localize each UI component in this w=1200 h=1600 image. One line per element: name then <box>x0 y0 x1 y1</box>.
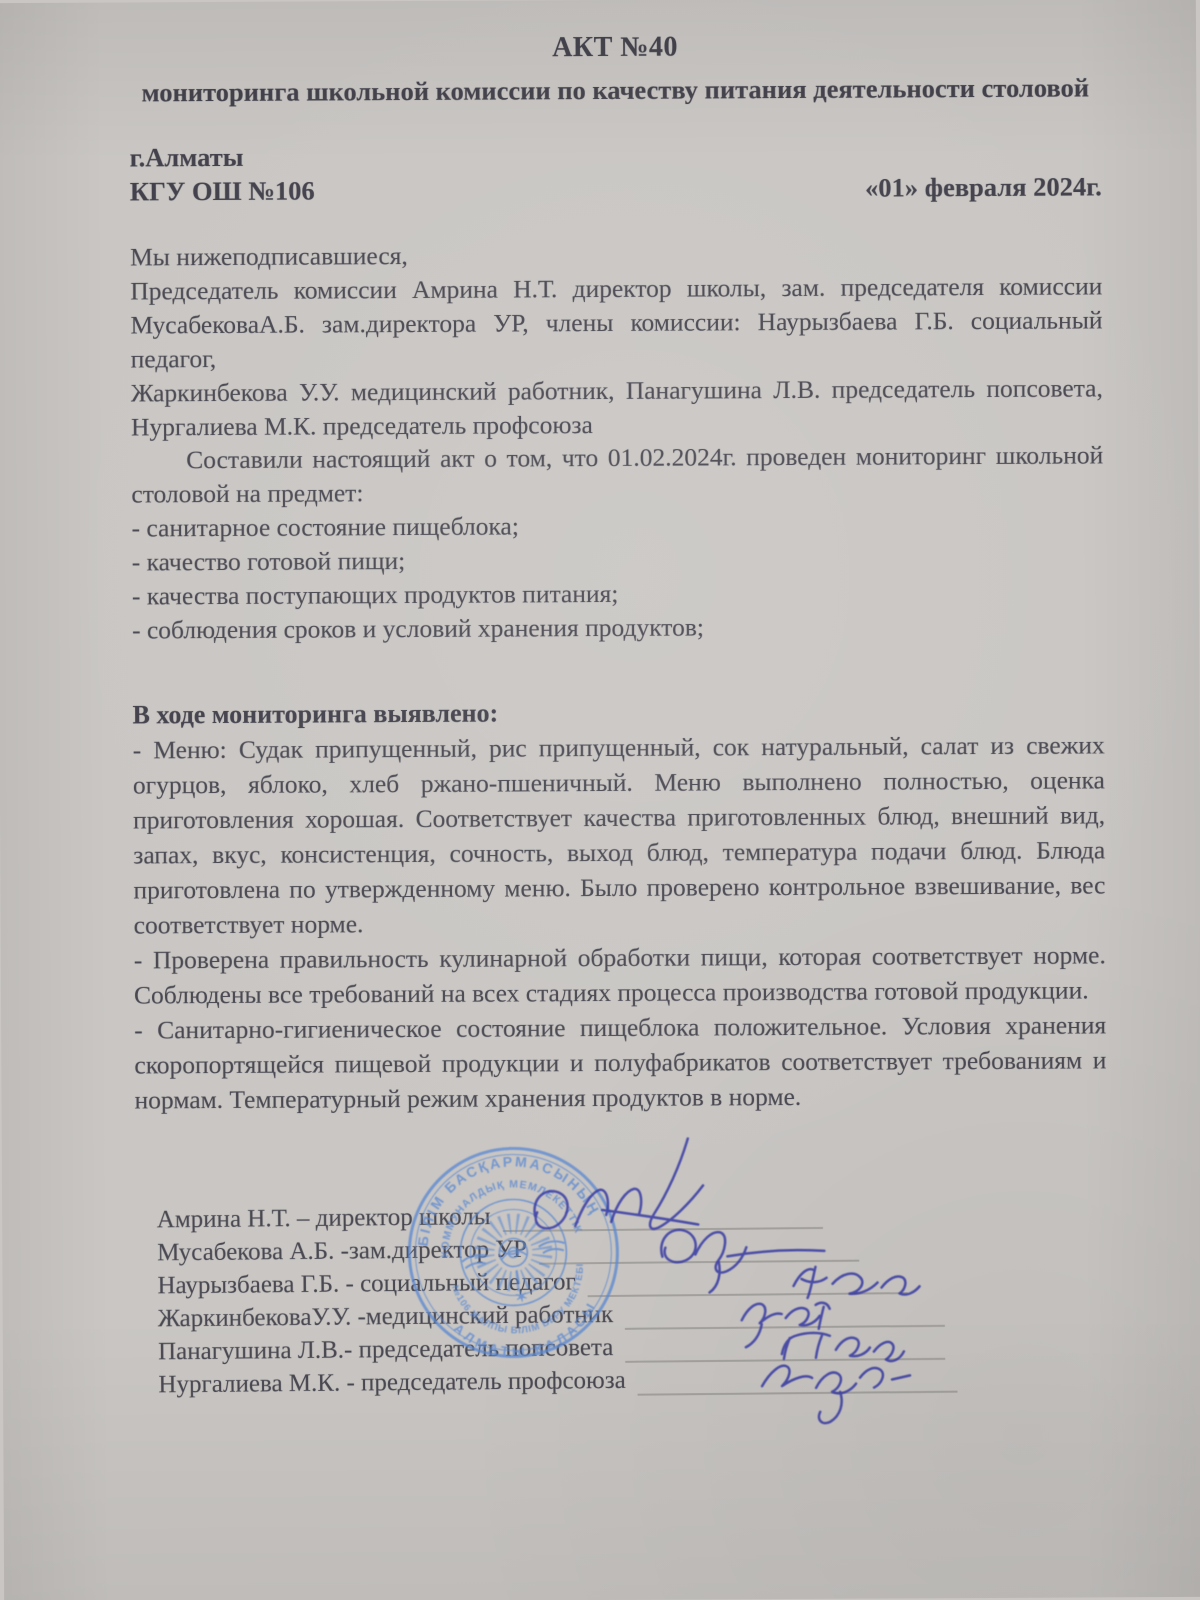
signatory-label: ЖаркинбековаУ.У. -медицинский работник <box>158 1299 614 1334</box>
committee-paragraph: Мы нижеподписавшиеся, Председатель комис… <box>130 235 1103 444</box>
signatory-label: Мусабекова А.Б. -зам.директор УР <box>157 1234 527 1269</box>
page-title: АКТ №40 <box>129 27 1101 68</box>
text-line: запах, вкус, консистенция, сочность, вых… <box>133 832 1105 872</box>
paper-sheet: АКТ №40 мониторинга школьной комиссии по… <box>0 0 1200 1600</box>
text-line: - Проверена правильность кулинарной обра… <box>134 937 1106 977</box>
text-line: соответствует норме. <box>134 902 1106 942</box>
signatory-label: Наурызбаева Г.Б. - социальный педагог <box>157 1266 576 1301</box>
subject-item: - соблюдения сроков и условий хранения п… <box>132 608 1104 647</box>
school-name: КГУ ОШ №106 <box>130 173 315 208</box>
document-date: «01» февраля 2024г. <box>865 169 1102 204</box>
signature-line <box>588 1265 908 1297</box>
findings-heading: В ходе мониторинга выявлено: <box>132 692 1104 732</box>
signature-line <box>625 1298 945 1330</box>
text-line: приготовлена по утвержденному меню. Было… <box>133 867 1105 907</box>
signature-line <box>539 1233 859 1265</box>
text-line: Председатель комиссии Амрина Н.Т. директ… <box>130 269 1102 308</box>
school-date-row: КГУ ОШ №106 «01» февраля 2024г. <box>130 169 1108 208</box>
text-line: Соблюдены все требований на всех стадиях… <box>134 972 1106 1012</box>
subject-item: - качества поступающих продуктов питания… <box>132 574 1104 613</box>
signatory-label: Панагушина Л.В.- председатель попсовета <box>158 1332 614 1367</box>
text-line: приготовления хорошая. Соответствует кач… <box>133 797 1105 837</box>
text-line: - Санитарно-гигиеническое состояние пище… <box>134 1007 1106 1047</box>
signature-line <box>502 1200 822 1232</box>
subject-item: - качество готовой пищи; <box>132 540 1104 579</box>
text-line: - Меню: Судак припущенный, рис припущенн… <box>133 727 1105 767</box>
signature-line <box>625 1331 945 1363</box>
signature-block: Амрина Н.Т. – директор школы Мусабекова … <box>157 1194 1079 1401</box>
findings-section: В ходе мониторинга выявлено: - Меню: Суд… <box>132 692 1106 1117</box>
page-subtitle: мониторинга школьной комиссии по качеств… <box>129 70 1101 109</box>
signatory-label: Амрина Н.Т. – директор школы <box>157 1201 491 1235</box>
text-line: Жаркинбекова У.У. медицинский работник, … <box>131 371 1103 410</box>
text-line: нормам. Температурный режим хранения про… <box>134 1077 1106 1117</box>
text-line: столовой на предмет: <box>131 472 1103 511</box>
text-line: Составили настоящий акт о том, что 01.02… <box>131 438 1103 477</box>
signatory-label: Нургалиева М.К. - председатель профсоюза <box>158 1365 626 1400</box>
text-line: огурцов, яблоко, хлеб ржано-пшеничный. М… <box>133 762 1105 802</box>
text-line: МусабековаА.Б. зам.директора УР, члены к… <box>130 303 1102 376</box>
document-content: АКТ №40 мониторинга школьной комиссии по… <box>0 0 1200 1600</box>
photographed-document: { "doc": { "title": "АКТ №40", "subtitle… <box>0 0 1200 1600</box>
text-line: скоропортящейся пищевой продукции и полу… <box>134 1042 1106 1082</box>
subject-item: - санитарное состояние пищеблока; <box>131 506 1103 545</box>
city-line: г.Алматы <box>130 135 1102 174</box>
act-statement-paragraph: Составили настоящий акт о том, что 01.02… <box>131 438 1104 647</box>
signature-line <box>638 1364 958 1396</box>
text-line: Мы нижеподписавшиеся, <box>130 235 1102 274</box>
